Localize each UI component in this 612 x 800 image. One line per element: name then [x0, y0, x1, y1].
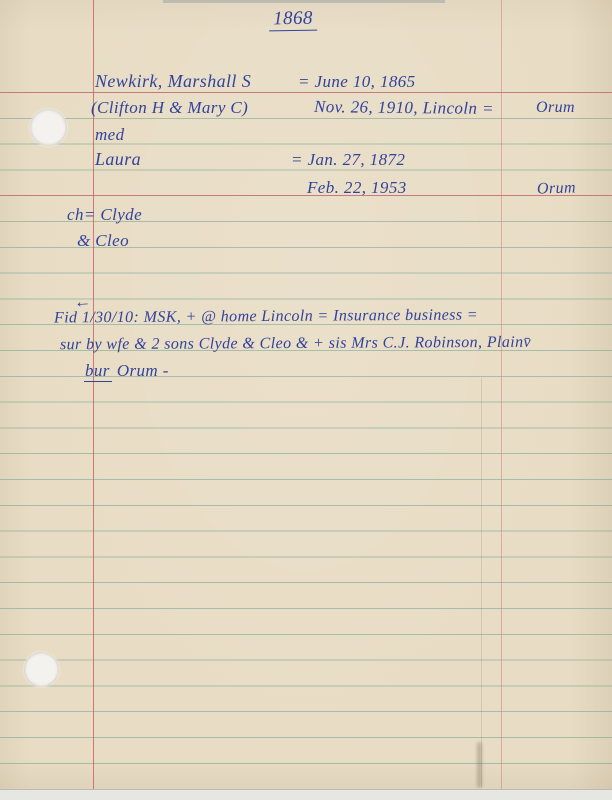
children-line-1: ch= Clyde [67, 205, 142, 225]
red-rule-line-1 [0, 92, 612, 93]
burial-place-note-1: Orum [536, 99, 575, 117]
right-margin-line [501, 0, 502, 790]
death-date: Nov. 26, 1910, Lincoln = [314, 97, 494, 119]
left-margin-line [93, 0, 94, 790]
spouse-name: Laura [95, 149, 141, 170]
research-note-line-1: Fid 1/30/10: MSK, + @ home Lincoln = Ins… [54, 307, 478, 328]
research-note-line-2: sur by wfe & 2 sons Clyde & Cleo & + sis… [60, 334, 531, 354]
med-note: med [95, 125, 125, 145]
page-title-text: 1868 [269, 8, 317, 32]
ink-smudge [477, 742, 482, 788]
paper-crease [481, 378, 482, 788]
burial-note-line: burOrum - [84, 361, 169, 381]
red-rule-line-2 [0, 195, 612, 196]
burial-abbr: bur [84, 361, 112, 382]
hole-punch-bottom [24, 652, 59, 687]
scanner-edge-band [163, 0, 445, 3]
spouse-death-date: Feb. 22, 1953 [307, 178, 407, 198]
record-name: Newkirk, Marshall S [95, 71, 251, 92]
children-line-2: & Cleo [77, 231, 129, 251]
scanner-background-strip [0, 789, 612, 800]
spouse-birth-date: = Jan. 27, 1872 [291, 150, 405, 170]
parents-names: (Clifton H & Mary C) [91, 98, 248, 118]
notebook-page: 1868 Newkirk, Marshall S = June 10, 1865… [0, 0, 612, 790]
page-title: 1868 [228, 7, 358, 31]
burial-place-note-2: Orum [537, 179, 577, 198]
burial-place: Orum - [117, 361, 169, 380]
birth-date: = June 10, 1865 [298, 72, 416, 92]
hole-punch-top [30, 109, 67, 146]
